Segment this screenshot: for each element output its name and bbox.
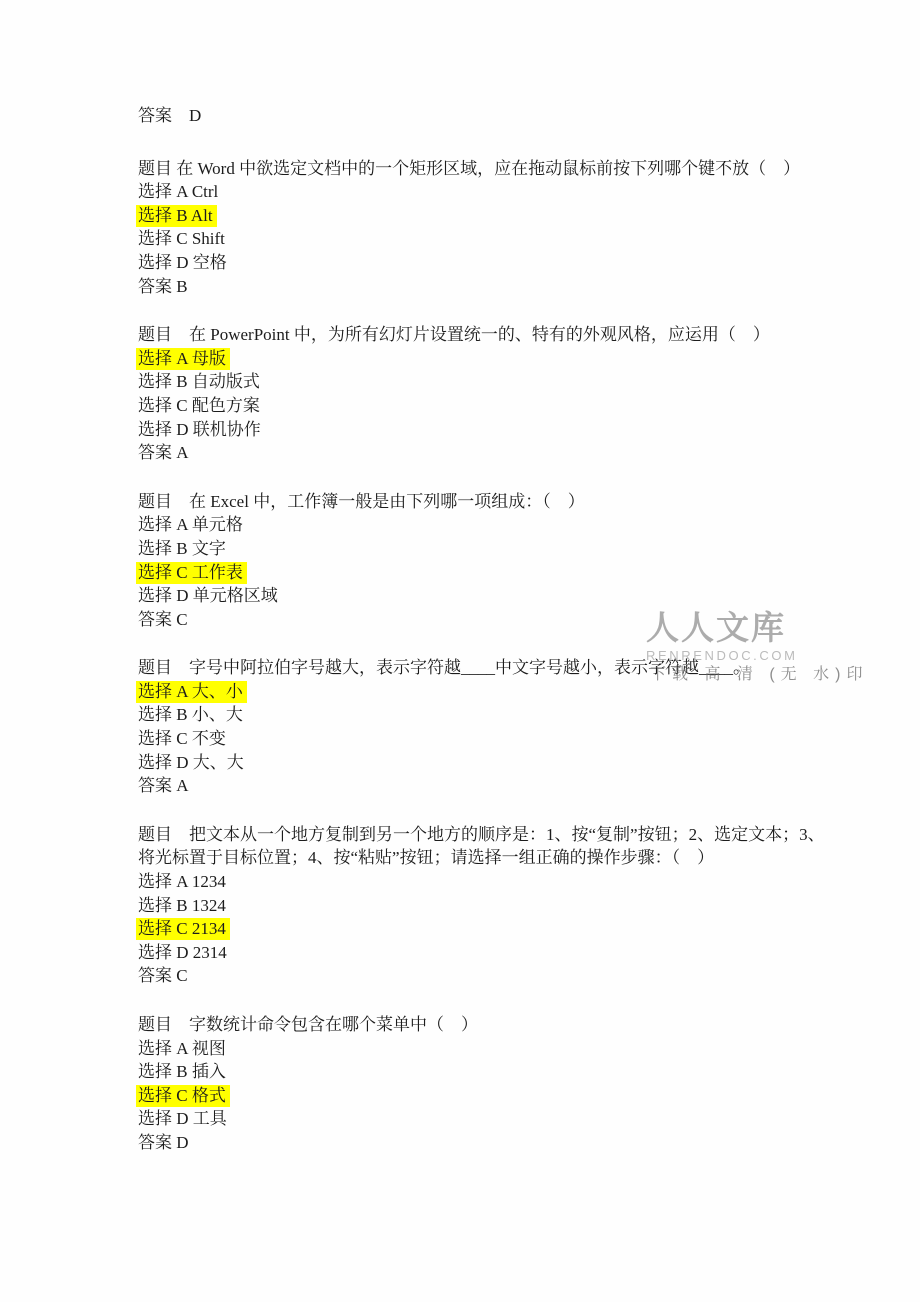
option-text: 选择 A 视图 [138, 1039, 226, 1058]
option-text: 选择 C 不变 [138, 729, 226, 748]
option-line: 选择 A 单元格 [138, 513, 898, 537]
option-text: 选择 A 母版 [136, 348, 230, 370]
option-line: 选择 A 1234 [138, 870, 898, 894]
option-text: 选择 C 工作表 [136, 562, 247, 584]
option-text: 选择 B 小、大 [138, 705, 243, 724]
answer-line: 答案 A [138, 774, 898, 798]
option-line: 选择 D 工具 [138, 1107, 898, 1131]
option-line: 选择 D 2314 [138, 941, 898, 965]
option-text: 选择 A 单元格 [138, 515, 243, 534]
answer-line: 答案 B [138, 275, 898, 299]
question-block-1: 题目 在 Word 中欲选定文档中的一个矩形区域，应在拖动鼠标前按下列哪个键不放… [138, 157, 898, 299]
question-title: 题目 字号中阿拉伯字号越大，表示字符越____中文字号越小，表示字符越____。 [138, 656, 898, 680]
option-line: 选择 C Shift [138, 227, 898, 251]
answer-line: 答案 C [138, 608, 898, 632]
option-text: 选择 B 文字 [138, 539, 226, 558]
option-text: 选择 B Alt [136, 205, 217, 227]
standalone-answer-line: 答案 D [138, 104, 898, 128]
question-block-2: 题目 在 PowerPoint 中，为所有幻灯片设置统一的、特有的外观风格，应运… [138, 323, 898, 465]
option-line: 选择 A 大、小 [138, 680, 898, 704]
option-text: 选择 A 大、小 [136, 681, 247, 703]
question-title: 题目 把文本从一个地方复制到另一个地方的顺序是：1、按“复制”按钮；2、选定文本… [138, 823, 898, 847]
question-block-6: 题目 字数统计命令包含在哪个菜单中（ ） 选择 A 视图 选择 B 插入 选择 … [138, 1013, 898, 1155]
question-block-4: 题目 字号中阿拉伯字号越大，表示字符越____中文字号越小，表示字符越____。… [138, 656, 898, 798]
option-line: 选择 A Ctrl [138, 180, 898, 204]
option-text: 选择 C 配色方案 [138, 396, 260, 415]
option-line: 选择 D 联机协作 [138, 418, 898, 442]
document-body: 答案 D 题目 在 Word 中欲选定文档中的一个矩形区域，应在拖动鼠标前按下列… [138, 104, 898, 1155]
option-line: 选择 A 视图 [138, 1037, 898, 1061]
option-line: 选择 C 格式 [138, 1084, 898, 1108]
option-line: 选择 B 小、大 [138, 703, 898, 727]
option-text: 选择 D 大、大 [138, 753, 244, 772]
question-title-continued: 将光标置于目标位置；4、按“粘贴”按钮；请选择一组正确的操作步骤：（ ） [138, 846, 898, 870]
option-line: 选择 C 工作表 [138, 561, 898, 585]
option-line: 选择 C 配色方案 [138, 394, 898, 418]
question-title: 题目 在 Word 中欲选定文档中的一个矩形区域，应在拖动鼠标前按下列哪个键不放… [138, 157, 898, 181]
option-line: 选择 C 2134 [138, 917, 898, 941]
answer-line: 答案 C [138, 964, 898, 988]
option-line: 选择 A 母版 [138, 347, 898, 371]
document-page: 答案 D 题目 在 Word 中欲选定文档中的一个矩形区域，应在拖动鼠标前按下列… [0, 0, 920, 1302]
answer-line: 答案 D [138, 1131, 898, 1155]
option-text: 选择 C 2134 [136, 918, 230, 940]
option-text: 选择 C 格式 [136, 1085, 230, 1107]
option-line: 选择 D 单元格区域 [138, 584, 898, 608]
option-text: 选择 D 单元格区域 [138, 586, 278, 605]
option-line: 选择 D 大、大 [138, 751, 898, 775]
question-block-3: 题目 在 Excel 中，工作簿一般是由下列哪一项组成：（ ） 选择 A 单元格… [138, 490, 898, 632]
option-text: 选择 A Ctrl [138, 182, 218, 201]
option-line: 选择 B 自动版式 [138, 370, 898, 394]
option-text: 选择 C Shift [138, 229, 225, 248]
question-title: 题目 在 PowerPoint 中，为所有幻灯片设置统一的、特有的外观风格，应运… [138, 323, 898, 347]
answer-line: 答案 A [138, 441, 898, 465]
option-line: 选择 B 1324 [138, 894, 898, 918]
option-line: 选择 C 不变 [138, 727, 898, 751]
option-text: 选择 B 自动版式 [138, 372, 260, 391]
question-block-5: 题目 把文本从一个地方复制到另一个地方的顺序是：1、按“复制”按钮；2、选定文本… [138, 823, 898, 988]
option-text: 选择 D 空格 [138, 253, 227, 272]
option-line: 选择 D 空格 [138, 251, 898, 275]
option-text: 选择 B 插入 [138, 1062, 226, 1081]
option-text: 选择 D 2314 [138, 943, 227, 962]
option-text: 选择 D 工具 [138, 1109, 227, 1128]
option-text: 选择 A 1234 [138, 872, 226, 891]
question-title: 题目 字数统计命令包含在哪个菜单中（ ） [138, 1013, 898, 1037]
option-text: 选择 D 联机协作 [138, 420, 261, 439]
option-line: 选择 B 插入 [138, 1060, 898, 1084]
question-title: 题目 在 Excel 中，工作簿一般是由下列哪一项组成：（ ） [138, 490, 898, 514]
option-line: 选择 B 文字 [138, 537, 898, 561]
option-text: 选择 B 1324 [138, 896, 226, 915]
option-line: 选择 B Alt [138, 204, 898, 228]
